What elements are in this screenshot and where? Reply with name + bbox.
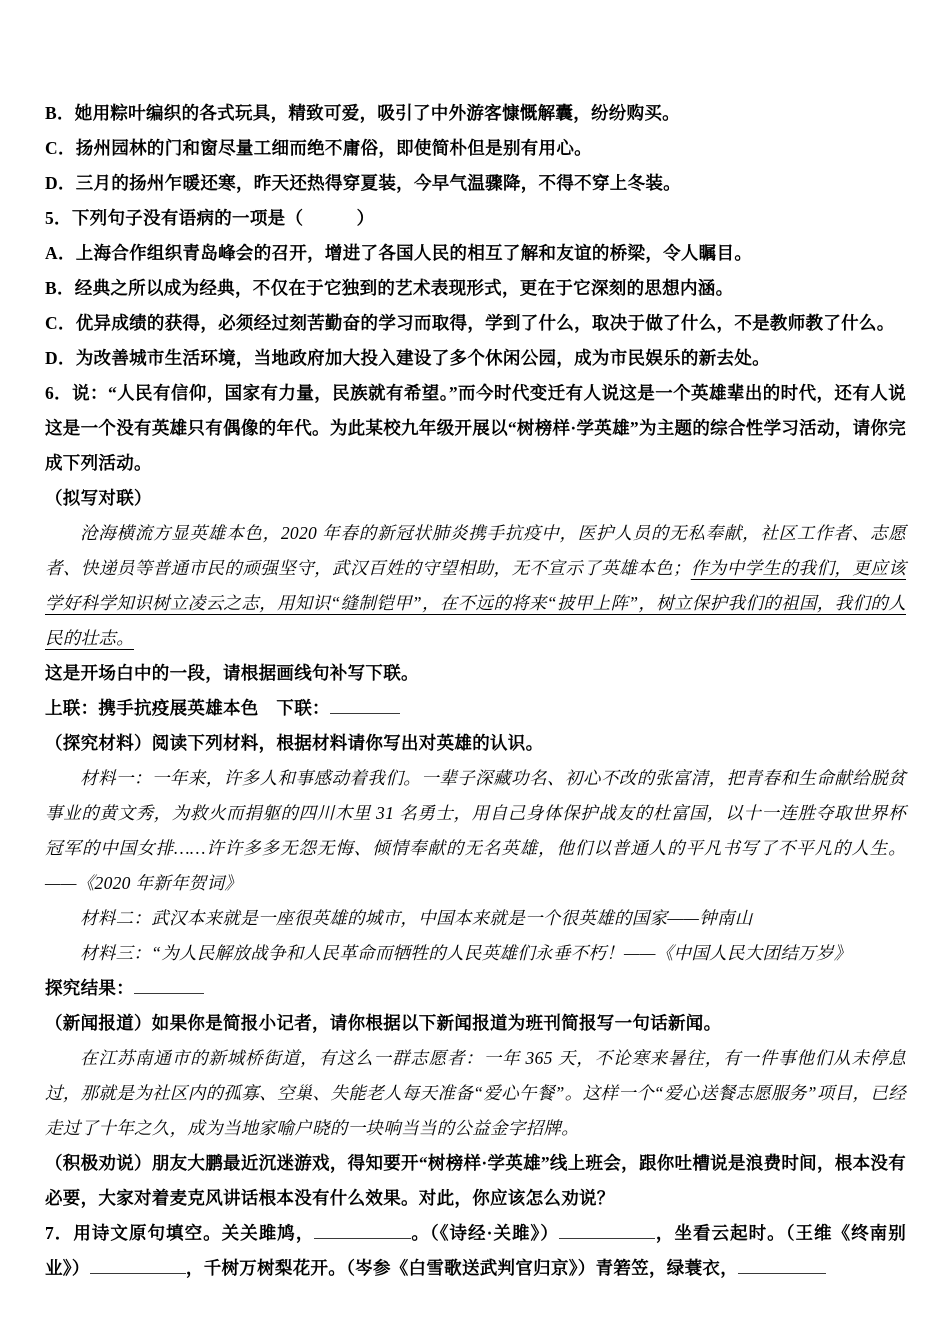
text-segment: B．她用粽叶编织的各式玩具，精致可爱，吸引了中外游客 (45, 103, 502, 123)
text-segment: （积极劝说）朋友大鹏最近沉迷游戏，得知要开“树榜样·学英雄”线上班会，跟你吐槽说… (45, 1153, 906, 1208)
question-6-stem: 6．说：“人民有信仰，国家有力量，民族就有希望。”而今时代变迁有人说这是一个英雄… (45, 376, 906, 481)
explore-result-line: 探究结果： (45, 971, 906, 1006)
question-5-stem: 5．下列句子没有语病的一项是（ ） (45, 201, 906, 236)
exam-text-body: B．她用粽叶编织的各式玩具，精致可爱，吸引了中外游客慷慨解囊，纷纷购买。C．扬州… (45, 96, 906, 1286)
text-segment: ，纷纷购买。 (573, 103, 680, 123)
couplet-answer-line: 上联：携手抗疫展英雄本色 下联： (45, 691, 906, 726)
text-segment: 5．下列句子没有语病的一项是（ ） (45, 208, 374, 228)
text-segment: （新闻报道）如果你是简报小记者，请你根据以下新闻报道为班刊简报写一句话新闻。 (45, 1013, 721, 1033)
section-couplet-label: （拟写对联） (45, 481, 906, 516)
text-segment: ，昨天还热得穿夏装，今早气温骤降，不得不穿上冬装。 (236, 173, 681, 193)
text-segment: 探究结果： (45, 978, 134, 998)
option-c-q5: C．优异成绩的获得，必须经过刻苦勤奋的学习而取得，学到了什么，取决于做了什么，不… (45, 306, 906, 341)
answer-blank[interactable] (738, 1258, 826, 1274)
section-news-label: （新闻报道）如果你是简报小记者，请你根据以下新闻报道为班刊简报写一句话新闻。 (45, 1006, 906, 1041)
answer-blank[interactable] (90, 1258, 186, 1274)
text-segment: 材料三：“为人民解放战争和人民革命而牺牲的人民英雄们永垂不朽！——《中国人民大团… (80, 943, 852, 963)
text-segment: 在江苏南通市的新城桥街道，有这么一群志愿者：一年 365 天，不论寒来暑往，有一… (45, 1048, 906, 1138)
couplet-material: 沧海横流方显英雄本色，2020 年春的新冠状肺炎携手抗疫中，医护人员的无私奉献，… (45, 516, 906, 656)
text-segment: 。（《诗经·关雎》） (411, 1223, 559, 1243)
text-segment: 7．用诗文原句填空。关关雎鸠， (45, 1223, 314, 1243)
answer-blank[interactable] (559, 1223, 655, 1239)
text-segment: （探究材料）阅读下列材料，根据材料请你写出对英雄的认识。 (45, 733, 543, 753)
material-3: 材料三：“为人民解放战争和人民革命而牺牲的人民英雄们永垂不朽！——《中国人民大团… (45, 936, 906, 971)
option-a-q5: A．上海合作组织青岛峰会的召开，增进了各国人民的相互了解和友谊的桥梁，令人瞩目。 (45, 236, 906, 271)
text-segment: （拟写对联） (45, 488, 152, 508)
text-segment: 材料二：武汉本来就是一座很英雄的城市，中国本来就是一个很英雄的国家——钟南山 (80, 908, 753, 928)
text-segment: 乍暖还寒 (165, 173, 236, 193)
text-segment: 别有用心 (503, 138, 574, 158)
option-b-q4: B．她用粽叶编织的各式玩具，精致可爱，吸引了中外游客慷慨解囊，纷纷购买。 (45, 96, 906, 131)
text-segment: 6．说：“人民有信仰，国家有力量，民族就有希望。”而今时代变迁有人说这是一个英雄… (45, 383, 906, 473)
answer-blank[interactable] (314, 1223, 410, 1239)
exam-page: B．她用粽叶编织的各式玩具，精致可爱，吸引了中外游客慷慨解囊，纷纷购买。C．扬州… (0, 0, 950, 1344)
news-material: 在江苏南通市的新城桥街道，有这么一群志愿者：一年 365 天，不论寒来暑往，有一… (45, 1041, 906, 1146)
option-d-q5: D．为改善城市生活环境，当地政府加大投入建设了多个休闲公园，成为市民娱乐的新去处… (45, 341, 906, 376)
text-segment: C．扬州园林的门和窗尽量工细而绝不庸俗，即使简朴但是 (45, 138, 503, 158)
question-7-stem: 7．用诗文原句填空。关关雎鸠，。（《诗经·关雎》），坐看云起时。（王维《终南别业… (45, 1216, 906, 1286)
material-1: 材料一：一年来，许多人和事感动着我们。一辈子深藏功名、初心不改的张富清，把青春和… (45, 761, 906, 901)
text-segment: A．上海合作组织青岛峰会的召开，增进了各国人民的相互了解和友谊的桥梁，令人瞩目。 (45, 243, 752, 263)
text-segment: 这是开场白中的一段，请根据画线句补写下联。 (45, 663, 419, 683)
text-segment: B．经典之所以成为经典，不仅在于它独到的艺术表现形式，更在于它深刻的思想内涵。 (45, 278, 733, 298)
text-segment: C．优异成绩的获得，必须经过刻苦勤奋的学习而取得，学到了什么，取决于做了什么，不… (45, 313, 895, 333)
option-d-q4: D．三月的扬州乍暖还寒，昨天还热得穿夏装，今早气温骤降，不得不穿上冬装。 (45, 166, 906, 201)
text-segment: D．三月的扬州 (45, 173, 165, 193)
text-segment: 慷慨解囊 (502, 103, 573, 123)
text-segment: 上联：携手抗疫展英雄本色 下联： (45, 698, 330, 718)
text-segment: 。 (574, 138, 592, 158)
couplet-instruction: 这是开场白中的一段，请根据画线句补写下联。 (45, 656, 906, 691)
option-b-q5: B．经典之所以成为经典，不仅在于它独到的艺术表现形式，更在于它深刻的思想内涵。 (45, 271, 906, 306)
text-segment: D．为改善城市生活环境，当地政府加大投入建设了多个休闲公园，成为市民娱乐的新去处… (45, 348, 770, 368)
material-2: 材料二：武汉本来就是一座很英雄的城市，中国本来就是一个很英雄的国家——钟南山 (45, 901, 906, 936)
answer-blank[interactable] (134, 978, 204, 994)
text-segment: ，千树万树梨花开。（岑参《白雪歌送武判官归京》）青箬笠，绿蓑衣， (186, 1258, 738, 1278)
option-c-q4: C．扬州园林的门和窗尽量工细而绝不庸俗，即使简朴但是别有用心。 (45, 131, 906, 166)
answer-blank[interactable] (330, 698, 400, 714)
text-segment: 材料一：一年来，许多人和事感动着我们。一辈子深藏功名、初心不改的张富清，把青春和… (45, 768, 906, 893)
section-persuade: （积极劝说）朋友大鹏最近沉迷游戏，得知要开“树榜样·学英雄”线上班会，跟你吐槽说… (45, 1146, 906, 1216)
section-explore-label: （探究材料）阅读下列材料，根据材料请你写出对英雄的认识。 (45, 726, 906, 761)
